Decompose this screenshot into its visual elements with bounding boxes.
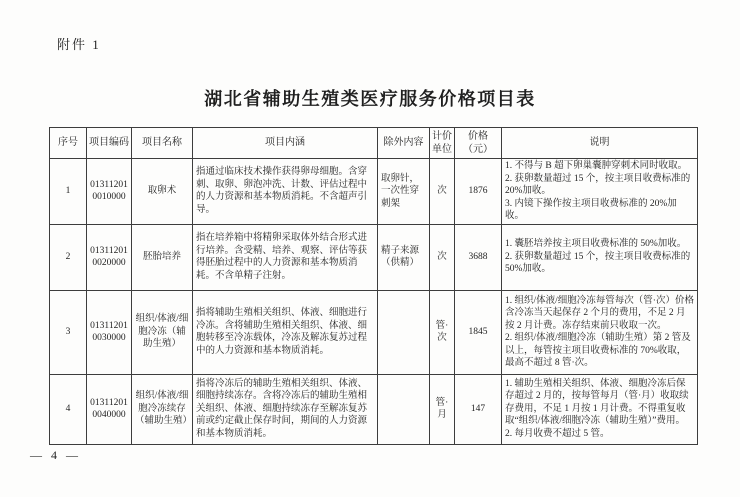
table-row: 4 01311201 0040000 组织/体液/细胞冷冻续存（辅助生殖） 指将… xyxy=(50,374,698,444)
header-name: 项目名称 xyxy=(132,128,193,159)
unit-cell: 管·次 xyxy=(430,290,455,374)
seq-cell: 3 xyxy=(50,290,87,374)
content-cell: 指将辅助生殖相关组织、体液、细胞进行冷冻。含将辅助生殖相关组织、体液、细胞转移至… xyxy=(193,290,378,374)
content-cell: 指通过临床技术操作获得卵母细胞。含穿刺、取卵、卵泡冲洗、计数、评估过程中的人力资… xyxy=(193,159,378,225)
table-header-row: 序号 项目编码 项目名称 项目内涵 除外内容 计价 单位 价格 （元） 说明 xyxy=(50,128,698,159)
name-cell: 胚胎培养 xyxy=(132,224,193,290)
price-cell: 147 xyxy=(455,374,502,444)
header-exclusion: 除外内容 xyxy=(378,128,430,159)
page-title: 湖北省辅助生殖类医疗服务价格项目表 xyxy=(0,85,740,111)
price-cell: 1876 xyxy=(455,159,502,225)
code-cell: 01311201 0020000 xyxy=(87,224,132,290)
name-cell: 组织/体液/细胞冷冻（辅助生殖） xyxy=(132,290,193,374)
exclusion-cell: 取卵针，一次性穿刺架 xyxy=(378,159,430,225)
table-row: 3 01311201 0030000 组织/体液/细胞冷冻（辅助生殖） 指将辅助… xyxy=(50,290,698,374)
price-table: 序号 项目编码 项目名称 项目内涵 除外内容 计价 单位 价格 （元） 说明 1… xyxy=(49,127,698,445)
seq-cell: 1 xyxy=(50,159,87,225)
exclusion-cell: 精子来源（供精） xyxy=(378,224,430,290)
exclusion-cell xyxy=(378,290,430,374)
seq-cell: 4 xyxy=(50,374,87,444)
page-number: — 4 — xyxy=(30,448,81,463)
seq-cell: 2 xyxy=(50,224,87,290)
header-price: 价格 （元） xyxy=(455,128,502,159)
notes-cell: 1. 组织/体液/细胞冷冻每管每次（管·次）价格含冷冻当天起保存 2 个月的费用… xyxy=(502,290,698,374)
table-row: 1 01311201 0010000 取卵术 指通过临床技术操作获得卵母细胞。含… xyxy=(50,159,698,225)
unit-cell: 次 xyxy=(430,159,455,225)
unit-cell: 次 xyxy=(430,224,455,290)
price-cell: 3688 xyxy=(455,224,502,290)
code-cell: 01311201 0030000 xyxy=(87,290,132,374)
notes-cell: 1. 辅助生殖相关组织、体液、细胞冷冻后保存超过 2 月的，按每管每月（管·月）… xyxy=(502,374,698,444)
content-cell: 指将冷冻后的辅助生殖相关组织、体液、细胞持续冻存。含将冷冻后的辅助生殖相关组织、… xyxy=(193,374,378,444)
notes-cell: 1. 囊胚培养按主项目收费标准的 50%加收。 2. 获卵数量超过 15 个，按… xyxy=(502,224,698,290)
unit-cell: 管·月 xyxy=(430,374,455,444)
header-content: 项目内涵 xyxy=(193,128,378,159)
header-notes: 说明 xyxy=(502,128,698,159)
table-row: 2 01311201 0020000 胚胎培养 指在培养箱中将精卵采取体外结合形… xyxy=(50,224,698,290)
notes-cell: 1. 不得与 B 超下卵巢囊肿穿刺术同时收取。 2. 获卵数量超过 15 个，按… xyxy=(502,159,698,225)
name-cell: 取卵术 xyxy=(132,159,193,225)
header-unit: 计价 单位 xyxy=(430,128,455,159)
code-cell: 01311201 0040000 xyxy=(87,374,132,444)
code-cell: 01311201 0010000 xyxy=(87,159,132,225)
price-cell: 1845 xyxy=(455,290,502,374)
exclusion-cell xyxy=(378,374,430,444)
name-cell: 组织/体液/细胞冷冻续存（辅助生殖） xyxy=(132,374,193,444)
document-page: 附件 1 湖北省辅助生殖类医疗服务价格项目表 序号 项目编码 项目名称 项目内涵… xyxy=(0,0,740,497)
header-seq: 序号 xyxy=(50,128,87,159)
attachment-label: 附件 1 xyxy=(57,34,101,53)
header-code: 项目编码 xyxy=(87,128,132,159)
content-cell: 指在培养箱中将精卵采取体外结合形式进行培养。含受精、培养、观察、评估等获得胚胎过… xyxy=(193,224,378,290)
